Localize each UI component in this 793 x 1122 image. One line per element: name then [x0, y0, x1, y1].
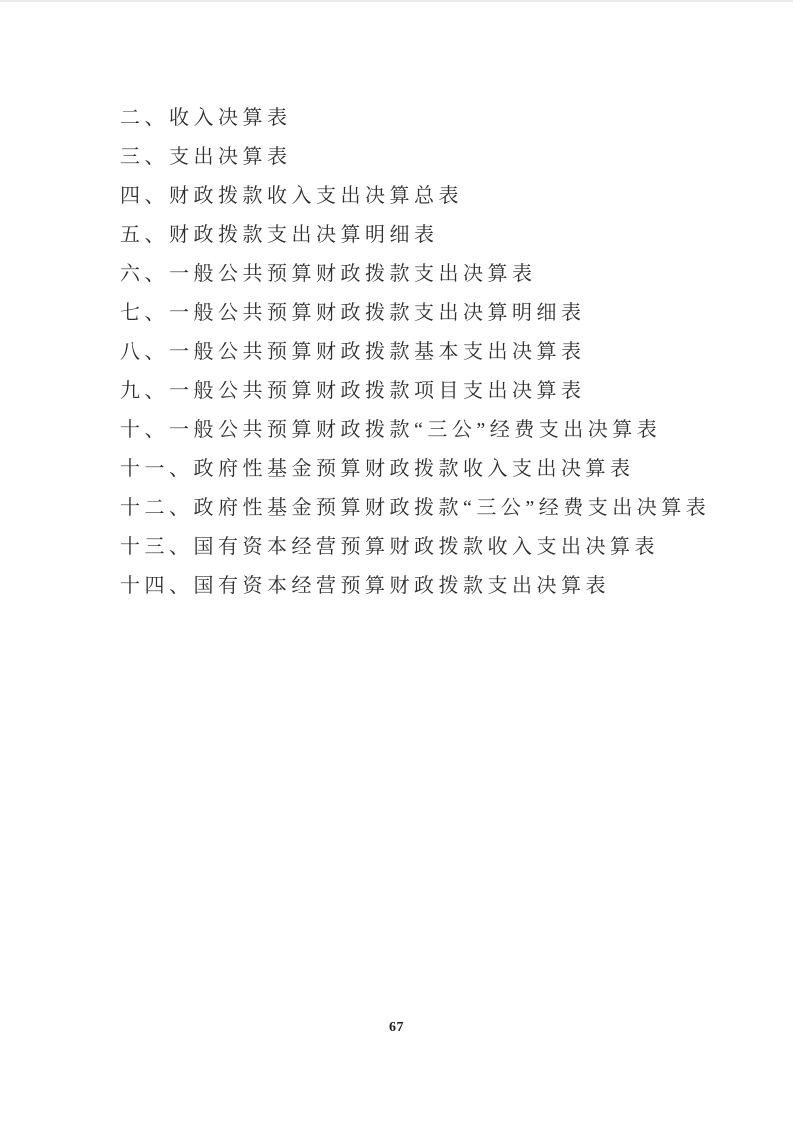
- list-item: 九、一般公共预算财政拨款项目支出决算表: [120, 372, 710, 411]
- table-list: 二、收入决算表 三、支出决算表 四、财政拨款收入支出决算总表 五、财政拨款支出决…: [120, 99, 710, 606]
- top-edge-scan-line: [0, 0, 793, 2]
- list-item: 十、一般公共预算财政拨款“三公”经费支出决算表: [120, 411, 710, 450]
- list-item: 七、一般公共预算财政拨款支出决算明细表: [120, 294, 710, 333]
- list-item: 十一、政府性基金预算财政拨款收入支出决算表: [120, 450, 710, 489]
- document-page: 二、收入决算表 三、支出决算表 四、财政拨款收入支出决算总表 五、财政拨款支出决…: [0, 0, 793, 1122]
- list-item: 八、一般公共预算财政拨款基本支出决算表: [120, 333, 710, 372]
- list-item: 四、财政拨款收入支出决算总表: [120, 177, 710, 216]
- list-item: 二、收入决算表: [120, 99, 710, 138]
- list-item: 十二、政府性基金预算财政拨款“三公”经费支出决算表: [120, 489, 710, 528]
- list-item: 十三、国有资本经营预算财政拨款收入支出决算表: [120, 528, 710, 567]
- list-item: 五、财政拨款支出决算明细表: [120, 216, 710, 255]
- list-item: 三、支出决算表: [120, 138, 710, 177]
- page-number: 67: [0, 1020, 793, 1036]
- list-item: 六、一般公共预算财政拨款支出决算表: [120, 255, 710, 294]
- list-item: 十四、国有资本经营预算财政拨款支出决算表: [120, 567, 710, 606]
